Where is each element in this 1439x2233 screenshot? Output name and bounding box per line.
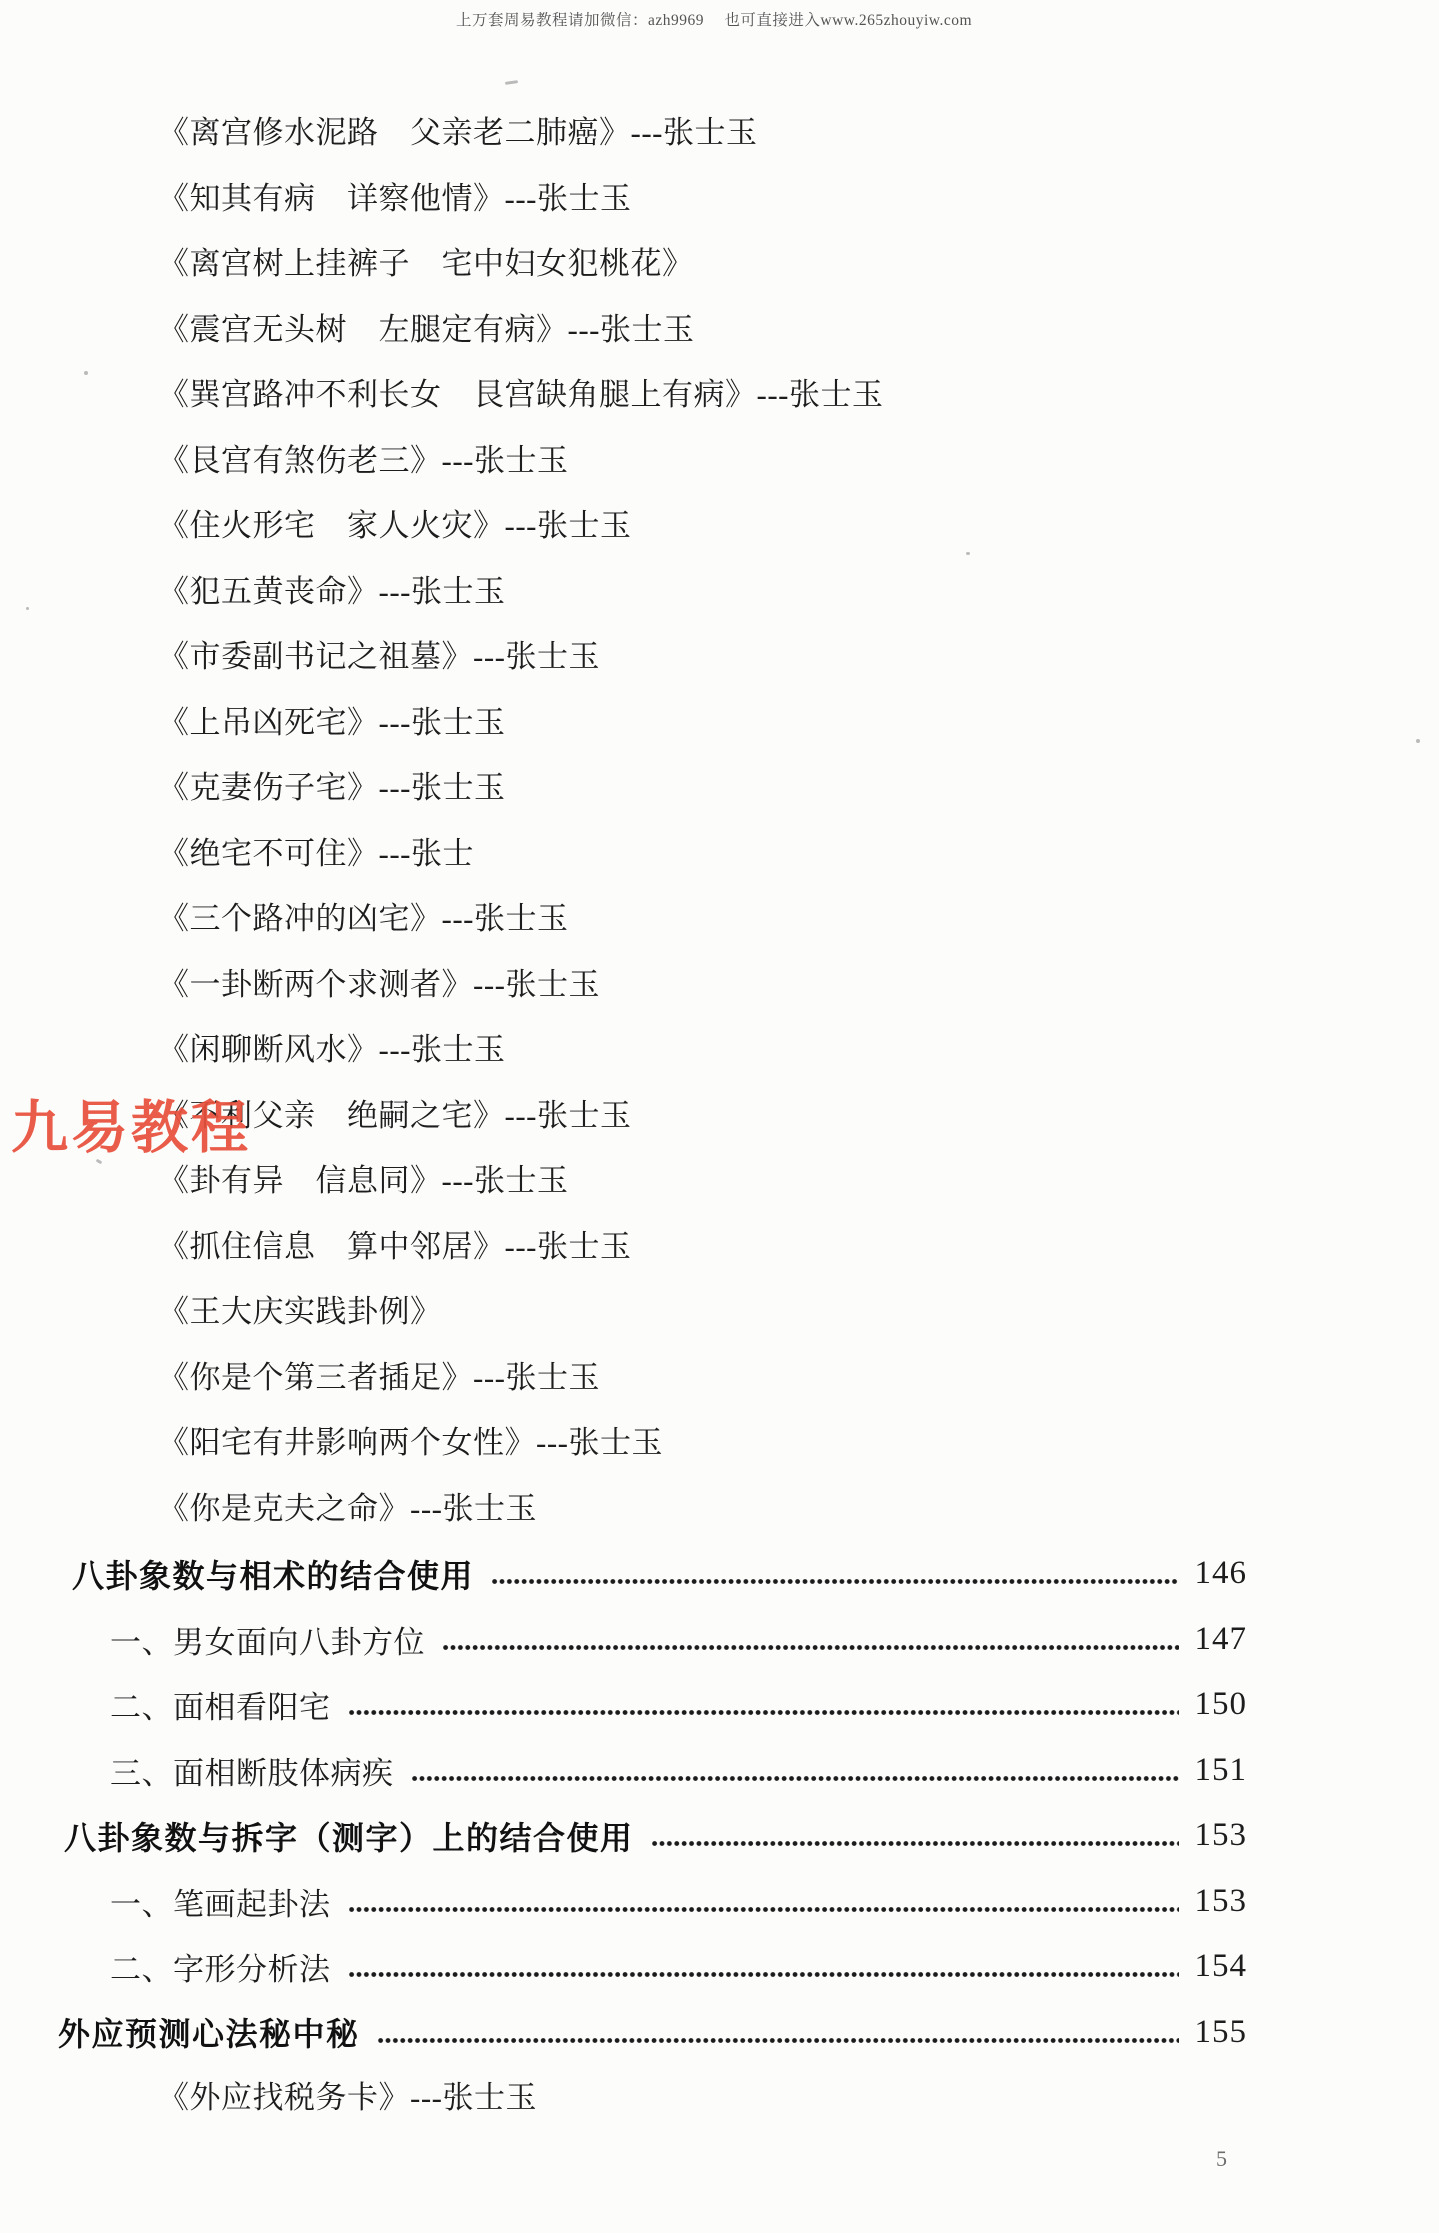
section-label: 一、笔画起卦法 [110,1879,331,1924]
case-title: 《克妻伤子宅》---张士玉 [0,755,1439,821]
scan-speck [505,80,518,85]
case-title: 《你是个第三者插足》---张士玉 [0,1345,1439,1411]
dot-leader [443,1644,1179,1651]
dot-leader [349,1709,1180,1716]
watermark: 九易教程 [11,1082,251,1164]
case-title: 《你是克夫之命》---张士玉 [0,1476,1439,1542]
case-title: 《外应找税务卡》---张士玉 [0,2065,1439,2131]
case-title: 《三个路冲的凶宅》---张士玉 [0,886,1439,952]
header-notice: 上万套周易教程请加微信：azh9969 也可直接进入www.265zhouyiw… [456,8,972,30]
section-page-number: 153 [1191,1817,1247,1854]
toc-section-row: 二、面相看阳宅 150 [110,1672,1247,1738]
dot-leader [492,1578,1179,1585]
section-page-number: 153 [1191,1883,1247,1920]
section-label: 二、字形分析法 [110,1944,331,1989]
section-page-number: 154 [1191,1948,1247,1985]
case-title: 《巽宫路冲不利长女 艮宫缺角腿上有病》---张士玉 [0,362,1439,428]
case-title: 《阳宅有井影响两个女性》---张士玉 [0,1410,1439,1476]
case-title: 《市委副书记之祖墓》---张士玉 [0,624,1439,690]
section-page-number: 150 [1191,1686,1247,1723]
scan-speck [84,371,88,375]
toc-section-row: 一、笔画起卦法 153 [110,1869,1247,1935]
scan-speck [966,552,970,555]
section-label: 三、面相断肢体病疾 [110,1748,394,1793]
case-title: 《艮宫有煞伤老三》---张士玉 [0,428,1439,494]
section-label: 八卦象数与拆字（测字）上的结合使用 [64,1813,634,1859]
toc-section-row: 八卦象数与相术的结合使用 146 [72,1541,1247,1607]
case-title: 《绝宅不可住》---张士 [0,821,1439,887]
toc-section-row: 三、面相断肢体病疾 151 [110,1738,1247,1804]
dot-leader [378,2037,1179,2044]
case-title: 《王大庆实践卦例》 [0,1279,1439,1345]
case-title: 《住火形宅 家人火灾》---张士玉 [0,493,1439,559]
dot-leader [412,1775,1180,1782]
section-page-number: 146 [1191,1555,1247,1592]
case-title: 《犯五黄丧命》---张士玉 [0,559,1439,625]
section-label: 二、面相看阳宅 [110,1682,331,1727]
section-label: 八卦象数与相术的结合使用 [72,1551,474,1597]
case-title: 《离宫修水泥路 父亲老二肺癌》---张士玉 [0,100,1439,166]
scan-speck [26,607,29,610]
scan-speck [1416,739,1420,743]
dot-leader [652,1840,1179,1847]
page-number: 5 [1216,2146,1227,2172]
case-title: 《震宫无头树 左腿定有病》---张士玉 [0,297,1439,363]
section-page-number: 155 [1191,2014,1247,2051]
scanned-book-page: 上万套周易教程请加微信：azh9969 也可直接进入www.265zhouyiw… [0,0,1439,2233]
section-page-number: 147 [1191,1621,1247,1658]
case-title: 《闲聊断风水》---张士玉 [0,1017,1439,1083]
section-label: 外应预测心法秘中秘 [58,2009,360,2055]
case-title: 《知其有病 详察他情》---张士玉 [0,166,1439,232]
case-title: 《一卦断两个求测者》---张士玉 [0,952,1439,1018]
case-title: 《抓住信息 算中邻居》---张士玉 [0,1214,1439,1280]
toc-section-row: 二、字形分析法 154 [110,1934,1247,2000]
case-title: 《上吊凶死宅》---张士玉 [0,690,1439,756]
toc-section-row: 一、男女面向八卦方位 147 [110,1607,1247,1673]
toc-section-row: 外应预测心法秘中秘 155 [58,2000,1247,2066]
toc-section-row: 八卦象数与拆字（测字）上的结合使用 153 [64,1803,1247,1869]
section-label: 一、男女面向八卦方位 [110,1617,425,1662]
case-title: 《离宫树上挂裤子 宅中妇女犯桃花》 [0,231,1439,297]
dot-leader [349,1906,1180,1913]
dot-leader [349,1971,1180,1978]
section-page-number: 151 [1191,1752,1247,1789]
